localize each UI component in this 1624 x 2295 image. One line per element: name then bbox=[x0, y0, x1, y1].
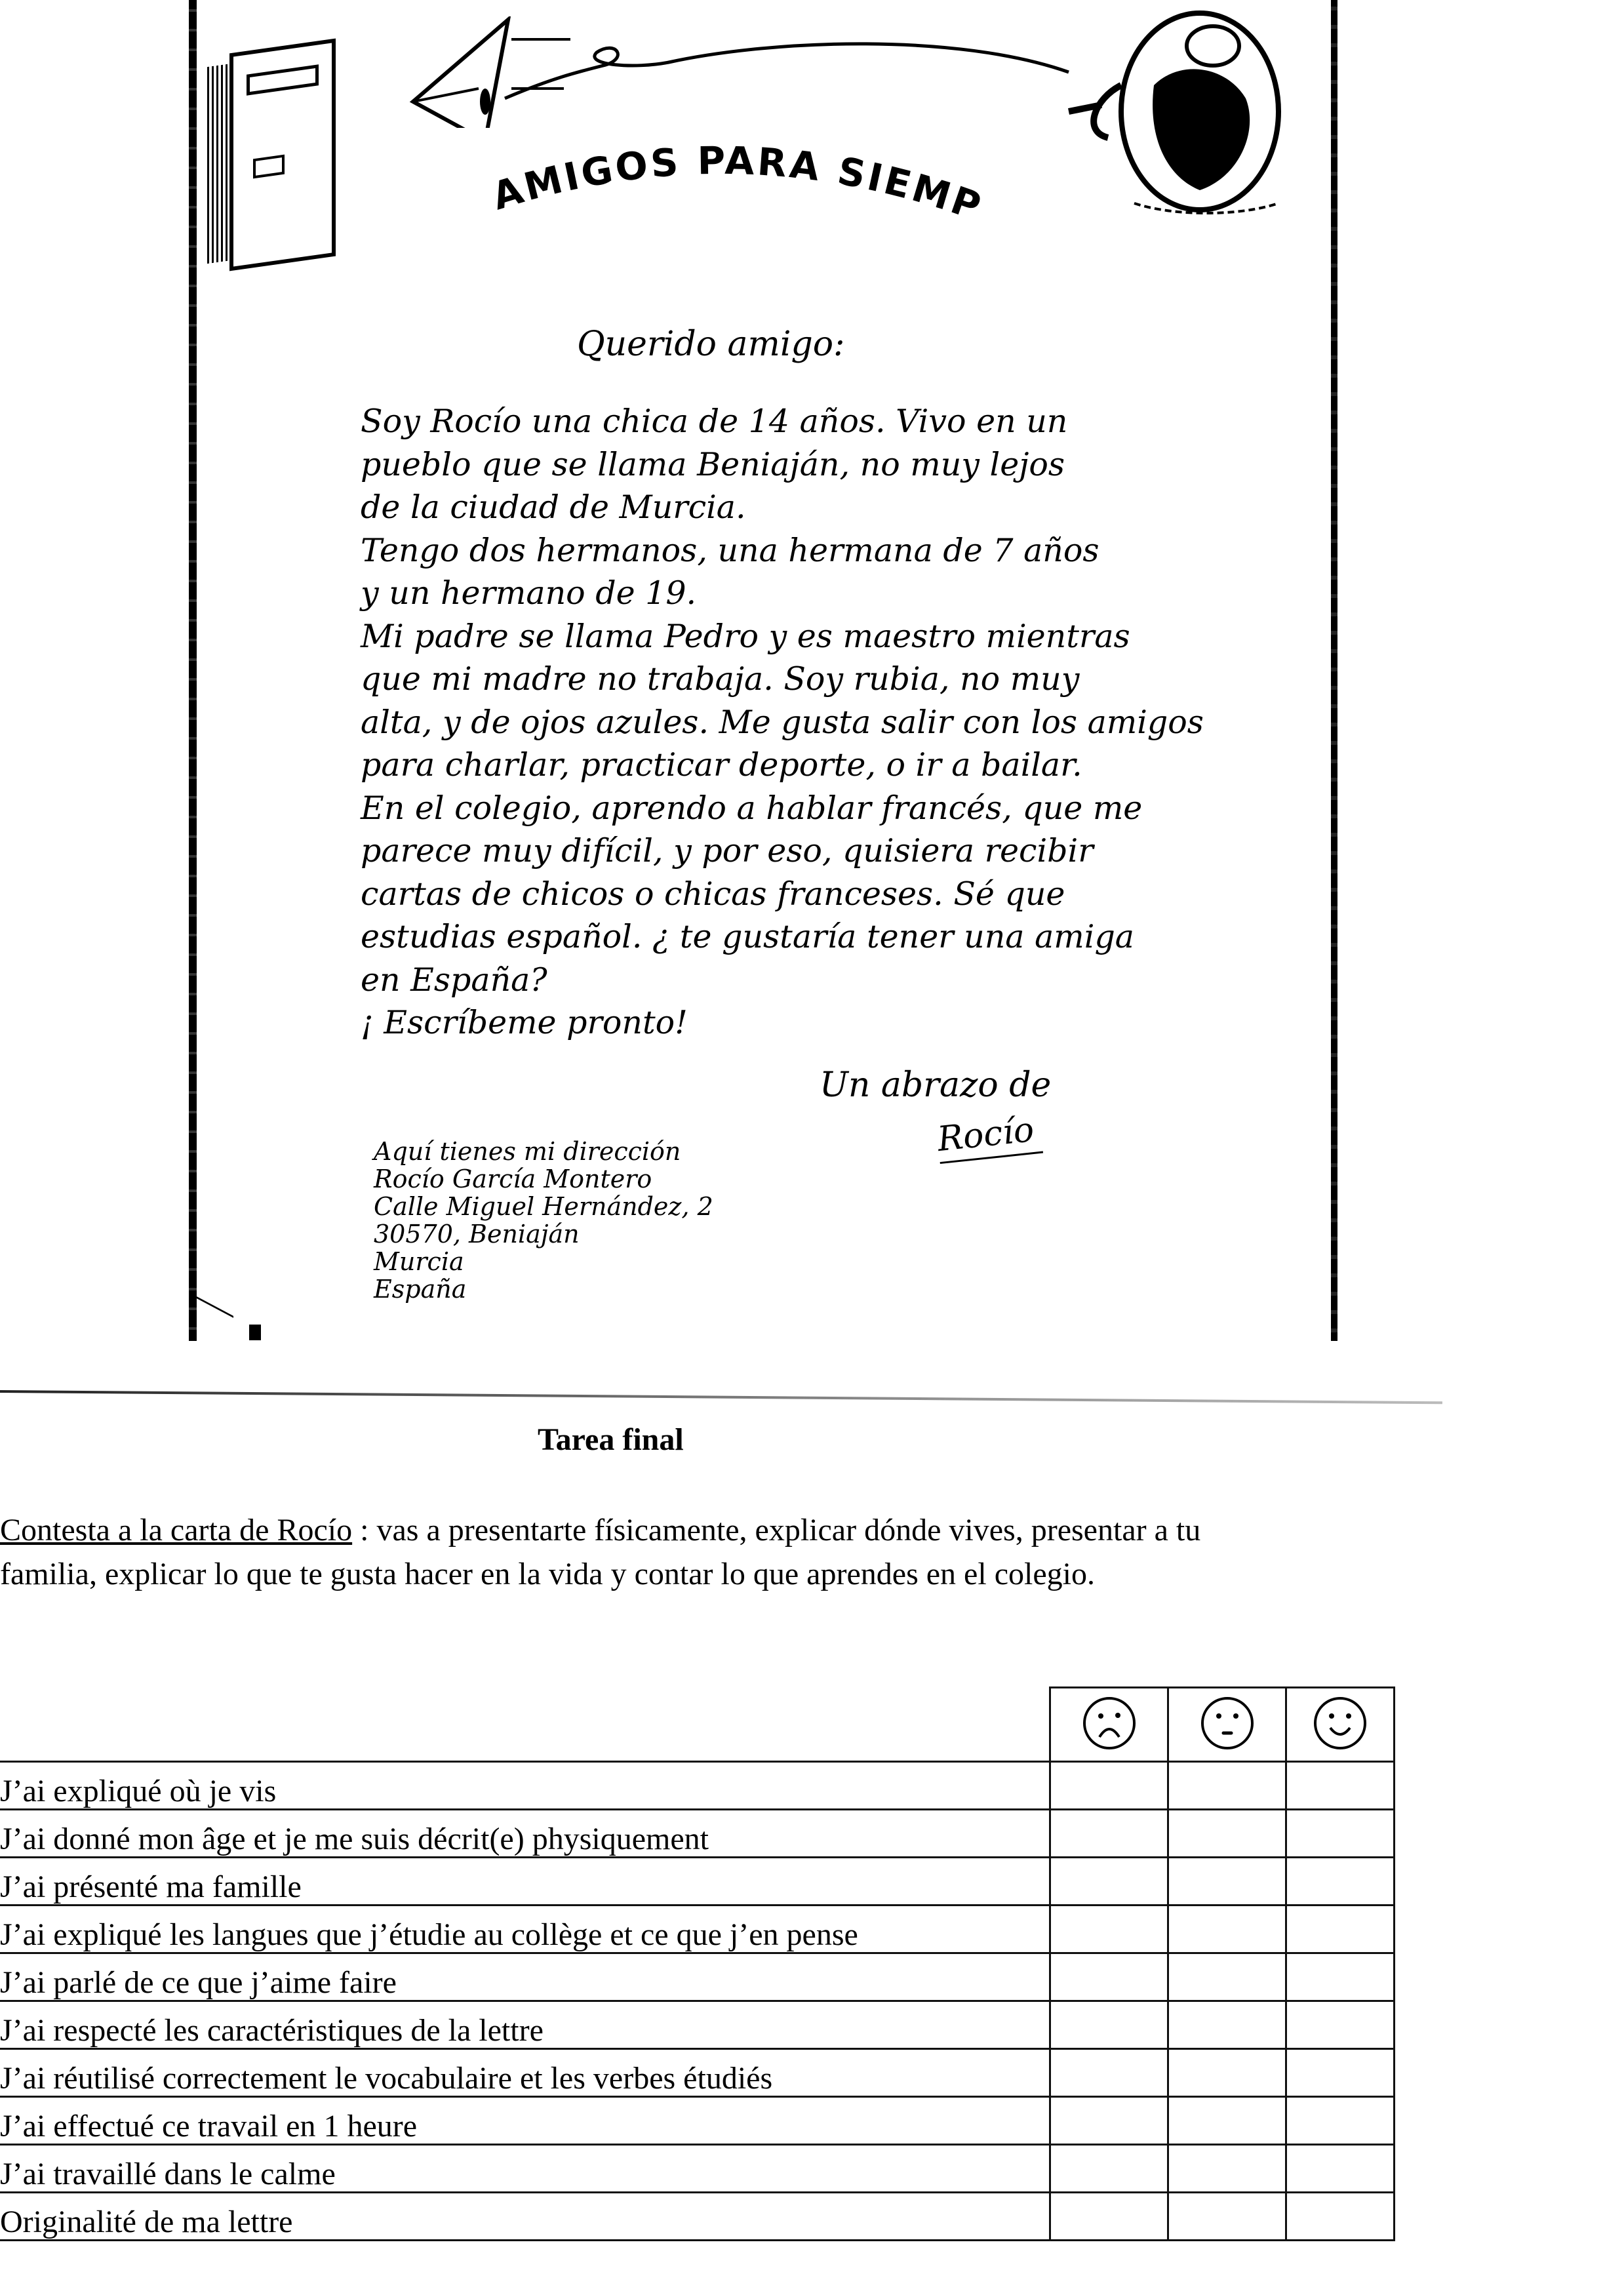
criterion-label: J’ai effectué ce travail en 1 heure bbox=[0, 2097, 1050, 2145]
letter-line: Mi padre se llama Pedro y es maestro mie… bbox=[361, 615, 1213, 658]
letter-body: Soy Rocío una chica de 14 años. Vivo en … bbox=[361, 400, 1213, 1045]
letter-line: Tengo dos hermanos, una hermana de 7 año… bbox=[361, 529, 1213, 572]
letter-address: Aquí tienes mi dirección Rocío García Mo… bbox=[374, 1138, 713, 1303]
letter-line: Soy Rocío una chica de 14 años. Vivo en … bbox=[361, 400, 1213, 443]
sad-face-icon bbox=[1080, 1744, 1139, 1755]
address-country: España bbox=[374, 1275, 713, 1303]
table-row: J’ai effectué ce travail en 1 heure bbox=[0, 2097, 1395, 2145]
task-instructions: Contesta a la carta de Rocío : vas a pre… bbox=[0, 1508, 1246, 1596]
rating-cell-neutral[interactable] bbox=[1168, 2193, 1286, 2241]
rating-cell-sad[interactable] bbox=[1050, 2001, 1168, 2049]
section-divider bbox=[0, 1390, 1442, 1404]
rating-cell-sad[interactable] bbox=[1050, 1953, 1168, 2001]
criterion-label: J’ai expliqué où je vis bbox=[0, 1762, 1050, 1810]
criterion-label: Originalité de ma lettre bbox=[0, 2193, 1050, 2241]
header-happy bbox=[1286, 1688, 1395, 1762]
letter-header-title: AMIGOS PARA SIEMPRE bbox=[472, 144, 970, 223]
letter-line: en España? bbox=[361, 959, 1213, 1002]
rating-cell-happy[interactable] bbox=[1286, 1858, 1395, 1906]
header-neutral bbox=[1168, 1688, 1286, 1762]
address-intro: Aquí tienes mi dirección bbox=[374, 1138, 713, 1165]
table-row: J’ai réutilisé correctement le vocabulai… bbox=[0, 2049, 1395, 2097]
address-street: Calle Miguel Hernández, 2 bbox=[374, 1193, 713, 1220]
letter-line: cartas de chicos o chicas franceses. Sé … bbox=[361, 873, 1213, 916]
criterion-label: J’ai parlé de ce que j’aime faire bbox=[0, 1953, 1050, 2001]
svg-text:AMIGOS PARA SIEMPRE: AMIGOS PARA SIEMPRE bbox=[456, 109, 989, 229]
table-row: J’ai expliqué où je vis bbox=[0, 1762, 1395, 1810]
letter-line: de la ciudad de Murcia. bbox=[361, 486, 1213, 529]
table-row: J’ai donné mon âge et je me suis décrit(… bbox=[0, 1810, 1395, 1858]
rating-cell-neutral[interactable] bbox=[1168, 1762, 1286, 1810]
rating-cell-happy[interactable] bbox=[1286, 1953, 1395, 2001]
rating-cell-sad[interactable] bbox=[1050, 1762, 1168, 1810]
criterion-label: J’ai présenté ma famille bbox=[0, 1858, 1050, 1906]
rating-cell-neutral[interactable] bbox=[1168, 1810, 1286, 1858]
criterion-label: J’ai travaillé dans le calme bbox=[0, 2145, 1050, 2193]
criterion-label: J’ai expliqué les langues que j’étudie a… bbox=[0, 1906, 1050, 1953]
mailbox-slot bbox=[247, 64, 319, 95]
rating-cell-sad[interactable] bbox=[1050, 1810, 1168, 1858]
address-region: Murcia bbox=[374, 1248, 713, 1275]
letter-greeting: Querido amigo: bbox=[577, 325, 845, 364]
rating-cell-sad[interactable] bbox=[1050, 2145, 1168, 2193]
letter-closing: Un abrazo de bbox=[820, 1066, 1051, 1105]
address-name: Rocío García Montero bbox=[374, 1165, 713, 1193]
mailbox-icon bbox=[229, 39, 336, 271]
rating-cell-happy[interactable] bbox=[1286, 1810, 1395, 1858]
rating-cell-happy[interactable] bbox=[1286, 2145, 1395, 2193]
table-row: J’ai travaillé dans le calme bbox=[0, 2145, 1395, 2193]
rating-cell-sad[interactable] bbox=[1050, 2193, 1168, 2241]
rating-cell-neutral[interactable] bbox=[1168, 1906, 1286, 1953]
rating-cell-neutral[interactable] bbox=[1168, 2001, 1286, 2049]
rating-cell-sad[interactable] bbox=[1050, 2049, 1168, 2097]
table-row: J’ai présenté ma famille bbox=[0, 1858, 1395, 1906]
rating-cell-happy[interactable] bbox=[1286, 2097, 1395, 2145]
rating-cell-happy[interactable] bbox=[1286, 2001, 1395, 2049]
mailbox-door bbox=[253, 155, 285, 179]
rating-cell-neutral[interactable] bbox=[1168, 1953, 1286, 2001]
rating-cell-happy[interactable] bbox=[1286, 2193, 1395, 2241]
self-assessment-table: J’ai expliqué où je visJ’ai donné mon âg… bbox=[0, 1686, 1395, 2241]
task-instruction-link: Contesta a la carta de Rocío bbox=[0, 1513, 352, 1547]
letter-line: parece muy difícil, y por eso, quisiera … bbox=[361, 829, 1213, 873]
letter-line: para charlar, practicar deporte, o ir a … bbox=[361, 744, 1213, 787]
header-blank-cell bbox=[0, 1688, 1050, 1762]
table-row: Originalité de ma lettre bbox=[0, 2193, 1395, 2241]
table-row: J’ai respecté les caractéristiques de la… bbox=[0, 2001, 1395, 2049]
letter-illustration: AMIGOS PARA SIEMPRE bbox=[190, 0, 1337, 289]
criterion-label: J’ai donné mon âge et je me suis décrit(… bbox=[0, 1810, 1050, 1858]
rating-cell-neutral[interactable] bbox=[1168, 2145, 1286, 2193]
letter-line: En el colegio, aprendo a hablar francés,… bbox=[361, 787, 1213, 830]
rating-cell-neutral[interactable] bbox=[1168, 2049, 1286, 2097]
rating-cell-neutral[interactable] bbox=[1168, 2097, 1286, 2145]
table-header-row bbox=[0, 1688, 1395, 1762]
letter-frame-corner bbox=[194, 1295, 233, 1364]
task-title: Tarea final bbox=[538, 1422, 684, 1458]
rating-cell-sad[interactable] bbox=[1050, 1906, 1168, 1953]
rating-cell-happy[interactable] bbox=[1286, 1762, 1395, 1810]
criterion-label: J’ai réutilisé correctement le vocabulai… bbox=[0, 2049, 1050, 2097]
letter-line: y un hermano de 19. bbox=[361, 572, 1213, 615]
happy-face-icon bbox=[1311, 1744, 1370, 1755]
neutral-face-icon bbox=[1198, 1744, 1257, 1755]
rating-cell-happy[interactable] bbox=[1286, 1906, 1395, 1953]
rating-cell-sad[interactable] bbox=[1050, 2097, 1168, 2145]
rating-cell-sad[interactable] bbox=[1050, 1858, 1168, 1906]
letter-line: pueblo que se llama Beniaján, no muy lej… bbox=[361, 443, 1213, 487]
rating-cell-happy[interactable] bbox=[1286, 2049, 1395, 2097]
criterion-label: J’ai respecté les caractéristiques de la… bbox=[0, 2001, 1050, 2049]
letter-frame-mark bbox=[249, 1325, 261, 1340]
letter-line: que mi madre no trabaja. Soy rubia, no m… bbox=[361, 658, 1213, 701]
paper-airplane-icon bbox=[387, 16, 511, 128]
globe-figure-icon bbox=[1056, 7, 1292, 216]
address-city: 30570, Beniaján bbox=[374, 1220, 713, 1248]
letter-line: ¡ Escríbeme pronto! bbox=[361, 1001, 1213, 1045]
rating-cell-neutral[interactable] bbox=[1168, 1858, 1286, 1906]
table-row: J’ai expliqué les langues que j’étudie a… bbox=[0, 1906, 1395, 1953]
letter-line: alta, y de ojos azules. Me gusta salir c… bbox=[361, 701, 1213, 744]
letter-line: estudias español. ¿ te gustaría tener un… bbox=[361, 915, 1213, 959]
letter-signature: Rocío bbox=[936, 1109, 1043, 1164]
table-row: J’ai parlé de ce que j’aime faire bbox=[0, 1953, 1395, 2001]
header-sad bbox=[1050, 1688, 1168, 1762]
